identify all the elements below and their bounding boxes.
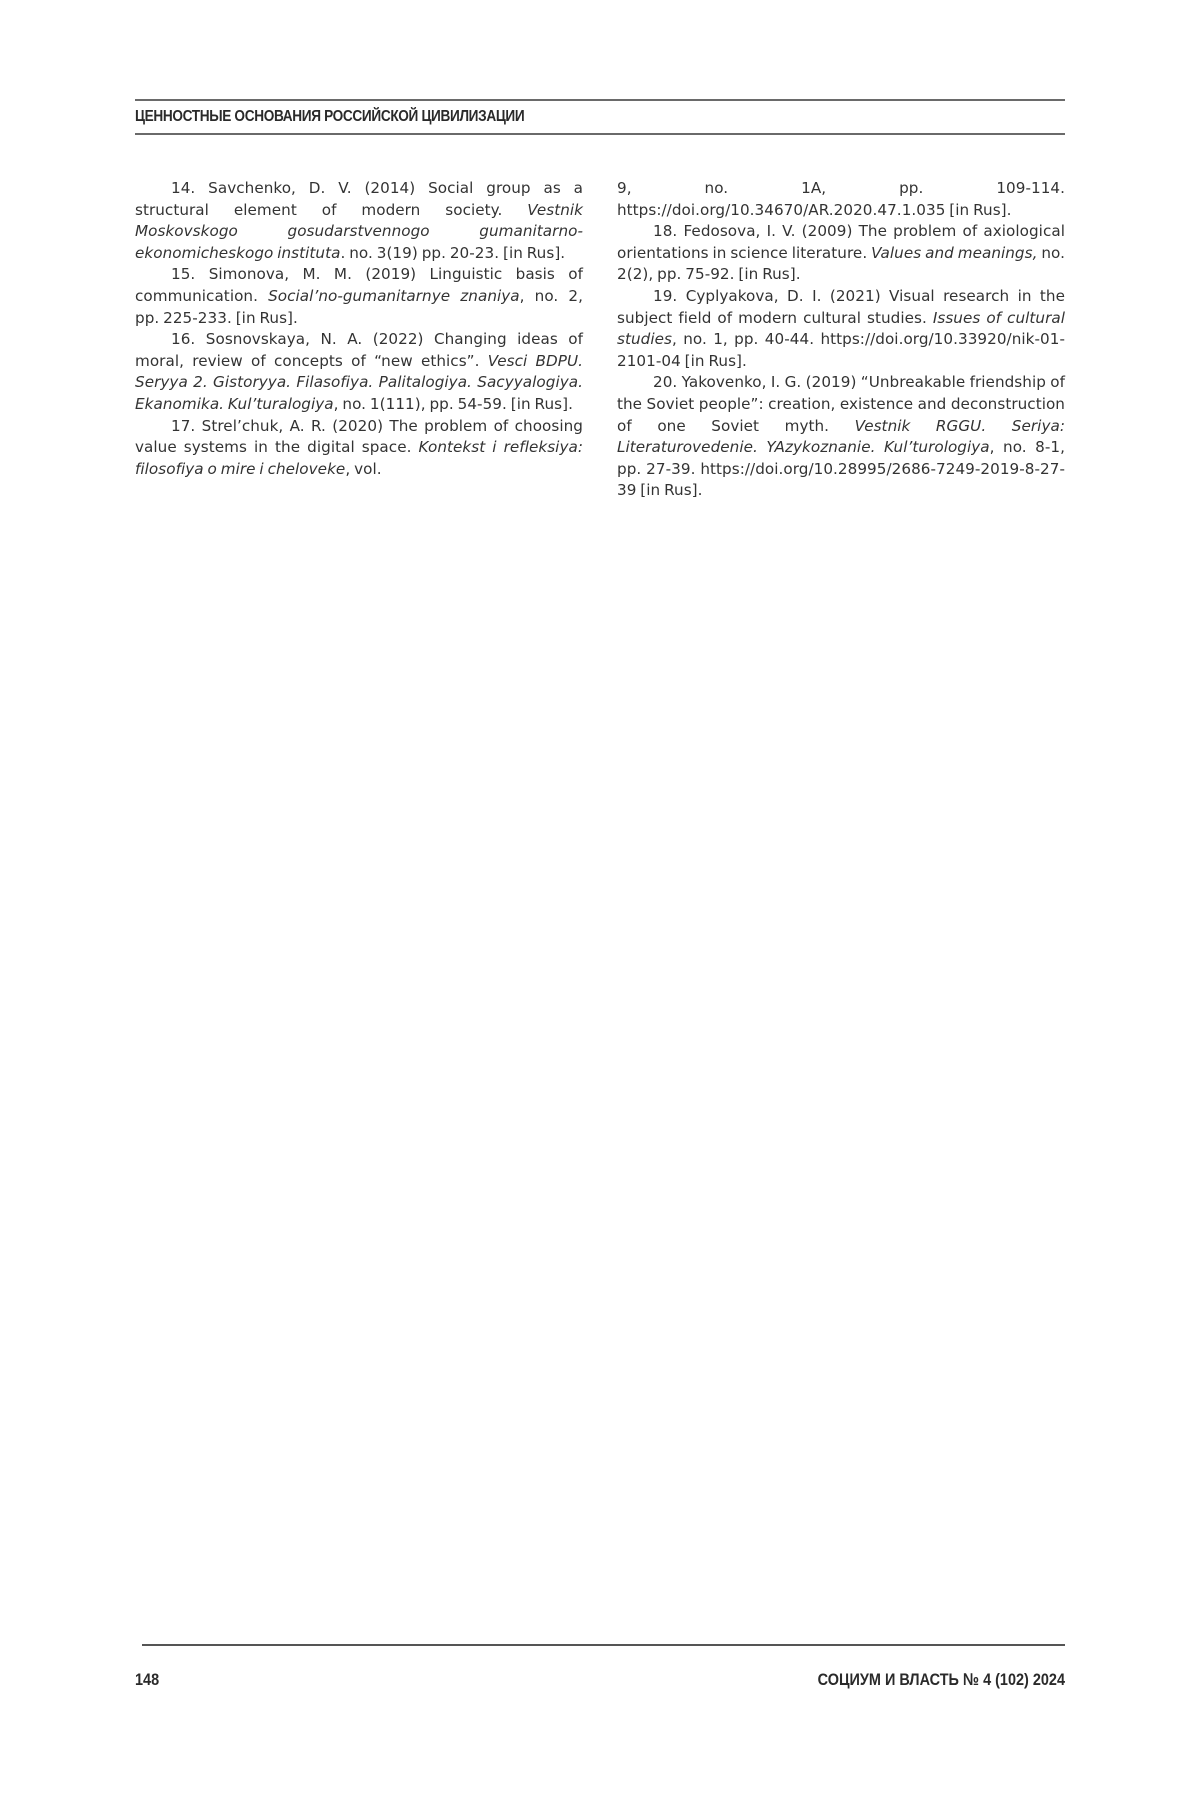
reference-item: 16. Sosnovskaya, N. A. (2022) Changing i… bbox=[135, 329, 583, 415]
reference-item: 19. Cyplyakova, D. I. (2021) Visual rese… bbox=[617, 286, 1065, 372]
page-number: 148 bbox=[135, 1670, 159, 1690]
reference-item: 14. Savchenko, D. V. (2014) Social group… bbox=[135, 178, 583, 264]
journal-issue: СОЦИУМ И ВЛАСТЬ № 4 (102) 2024 bbox=[818, 1670, 1065, 1690]
reference-item: 17. Strel’chuk, A. R. (2020) The problem… bbox=[135, 416, 583, 481]
reference-item: 18. Fedosova, I. V. (2009) The problem o… bbox=[617, 221, 1065, 286]
reference-item: 15. Simonova, M. M. (2019) Linguistic ba… bbox=[135, 264, 583, 329]
footer-divider bbox=[142, 1644, 1065, 1646]
left-column: 14. Savchenko, D. V. (2014) Social group… bbox=[135, 178, 583, 480]
reference-item: 20. Yakovenko, I. G. (2019) “Unbreakable… bbox=[617, 372, 1065, 502]
running-header: ЦЕННОСТНЫЕ ОСНОВАНИЯ РОССИЙСКОЙ ЦИВИЛИЗА… bbox=[135, 99, 1065, 135]
reference-continuation: 9, no. 1A, pp. 109-114. https://doi.org/… bbox=[617, 178, 1065, 221]
running-title: ЦЕННОСТНЫЕ ОСНОВАНИЯ РОССИЙСКОЙ ЦИВИЛИЗА… bbox=[135, 108, 524, 126]
document-page: ЦЕННОСТНЫЕ ОСНОВАНИЯ РОССИЙСКОЙ ЦИВИЛИЗА… bbox=[0, 0, 1200, 1797]
right-column: 9, no. 1A, pp. 109-114. https://doi.org/… bbox=[617, 178, 1065, 502]
